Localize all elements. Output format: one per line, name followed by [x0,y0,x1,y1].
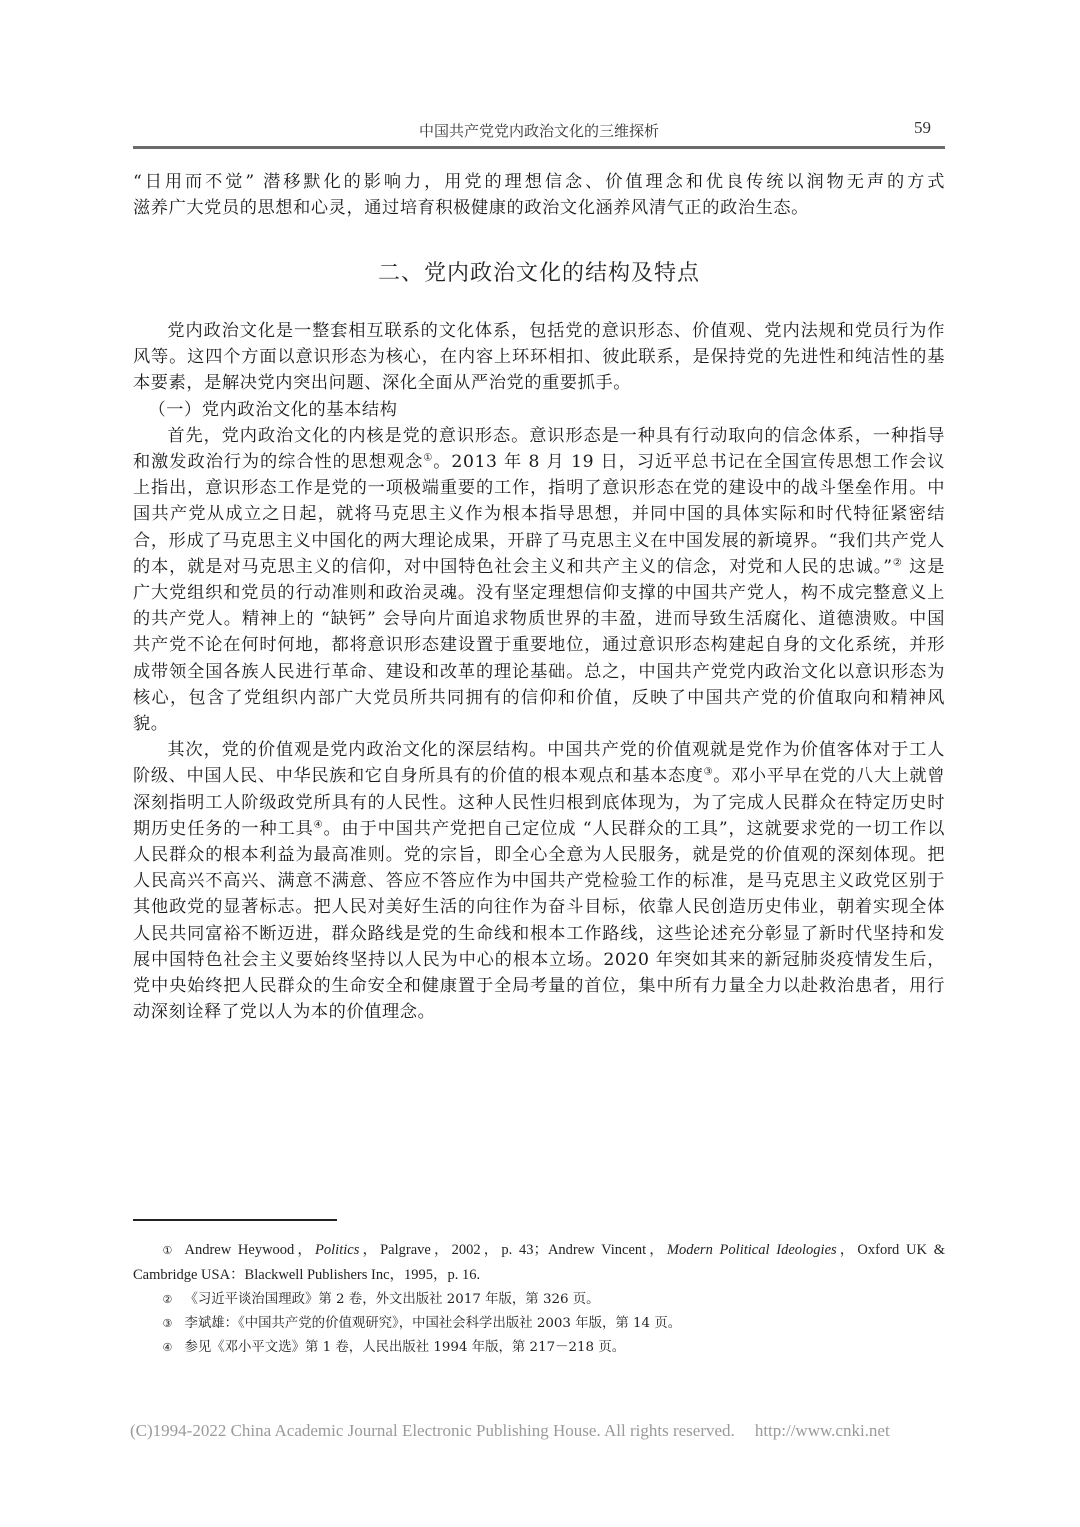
footnote-1: ①Andrew Heywood，Politics，Palgrave，2002，p… [133,1238,945,1288]
paragraph-overview: 党内政治文化是一整套相互联系的文化体系，包括党的意识形态、价值观、党内法规和党员… [133,318,945,397]
section-body: 党内政治文化是一整套相互联系的文化体系，包括党的意识形态、价值观、党内法规和党员… [133,318,945,1025]
page-number: 59 [914,118,931,138]
paragraph-values: 其次，党的价值观是党内政治文化的深层结构。中国共产党的价值观就是党作为价值客体对… [133,737,945,1025]
footnote-text: 《习近平谈治国理政》第 2 卷，外文出版社 2017 年版，第 326 页。 [184,1292,599,1307]
footnote-text: 李斌雄：《中国共产党的价值观研究》，中国社会科学出版社 2003 年版，第 14… [184,1316,681,1331]
section-heading: 二、党内政治文化的结构及特点 [133,256,945,287]
footnote-ref-2[interactable]: ② [893,557,903,568]
footnote-mark: ① [162,1239,184,1263]
footnote-text: ，Palgrave，2002，p. 43；Andrew Vincent， [359,1242,667,1258]
footnote-mark: ② [162,1288,184,1312]
intro-paragraph: “日用而不觉” 潜移默化的影响力，用党的理想信念、价值理念和优良传统以润物无声的… [133,169,945,221]
footnote-2: ②《习近平谈治国理政》第 2 卷，外文出版社 2017 年版，第 326 页。 [133,1288,945,1312]
paragraph-ideology: 首先，党内政治文化的内核是党的意识形态。意识形态是一种具有行动取向的信念体系，一… [133,423,945,737]
running-header: 中国共产党党内政治文化的三维探析 59 [133,118,945,142]
cnki-url[interactable]: http://www.cnki.net [755,1421,890,1440]
footnote-book-title: Politics [315,1242,359,1258]
footnote-mark: ③ [162,1312,184,1336]
footnote-ref-4[interactable]: ④ [314,819,324,830]
footnote-4: ④参见《邓小平文选》第 1 卷，人民出版社 1994 年版，第 217－218 … [133,1336,945,1360]
paragraph-text: 这是广大党组织和党员的行动准则和政治灵魂。没有坚定理想信仰支撑的中国共产党人，构… [133,557,945,734]
footnote-text: 参见《邓小平文选》第 1 卷，人民出版社 1994 年版，第 217－218 页… [184,1340,625,1355]
footnote-divider [133,1219,337,1221]
copyright-watermark: (C)1994-2022 China Academic Journal Elec… [130,1421,960,1441]
footnote-text: Andrew Heywood， [184,1242,315,1258]
paragraph-text: 。由于中国共产党把自己定位成 “人民群众的工具”，这就要求党的一切工作以人民群众… [133,819,945,1022]
footnote-book-title: Modern Political Ideologies [667,1242,837,1258]
footnotes: ①Andrew Heywood，Politics，Palgrave，2002，p… [133,1238,945,1360]
intro-line-1: “日用而不觉” 潜移默化的影响力，用党的理想信念、价值理念和优良传统以润物无声的… [133,169,945,195]
subheading: （一）党内政治文化的基本结构 [133,397,945,423]
running-title: 中国共产党党内政治文化的三维探析 [133,120,945,141]
footnote-ref-1[interactable]: ① [423,452,433,463]
footnote-3: ③李斌雄：《中国共产党的价值观研究》，中国社会科学出版社 2003 年版，第 1… [133,1312,945,1336]
intro-line-2: 滋养广大党员的思想和心灵，通过培育积极健康的政治文化涵养风清气正的政治生态。 [133,195,945,221]
footnote-ref-3[interactable]: ③ [704,767,714,778]
copyright-notice: (C)1994-2022 China Academic Journal Elec… [130,1421,735,1440]
footnote-mark: ④ [162,1336,184,1360]
header-rule [133,146,945,149]
